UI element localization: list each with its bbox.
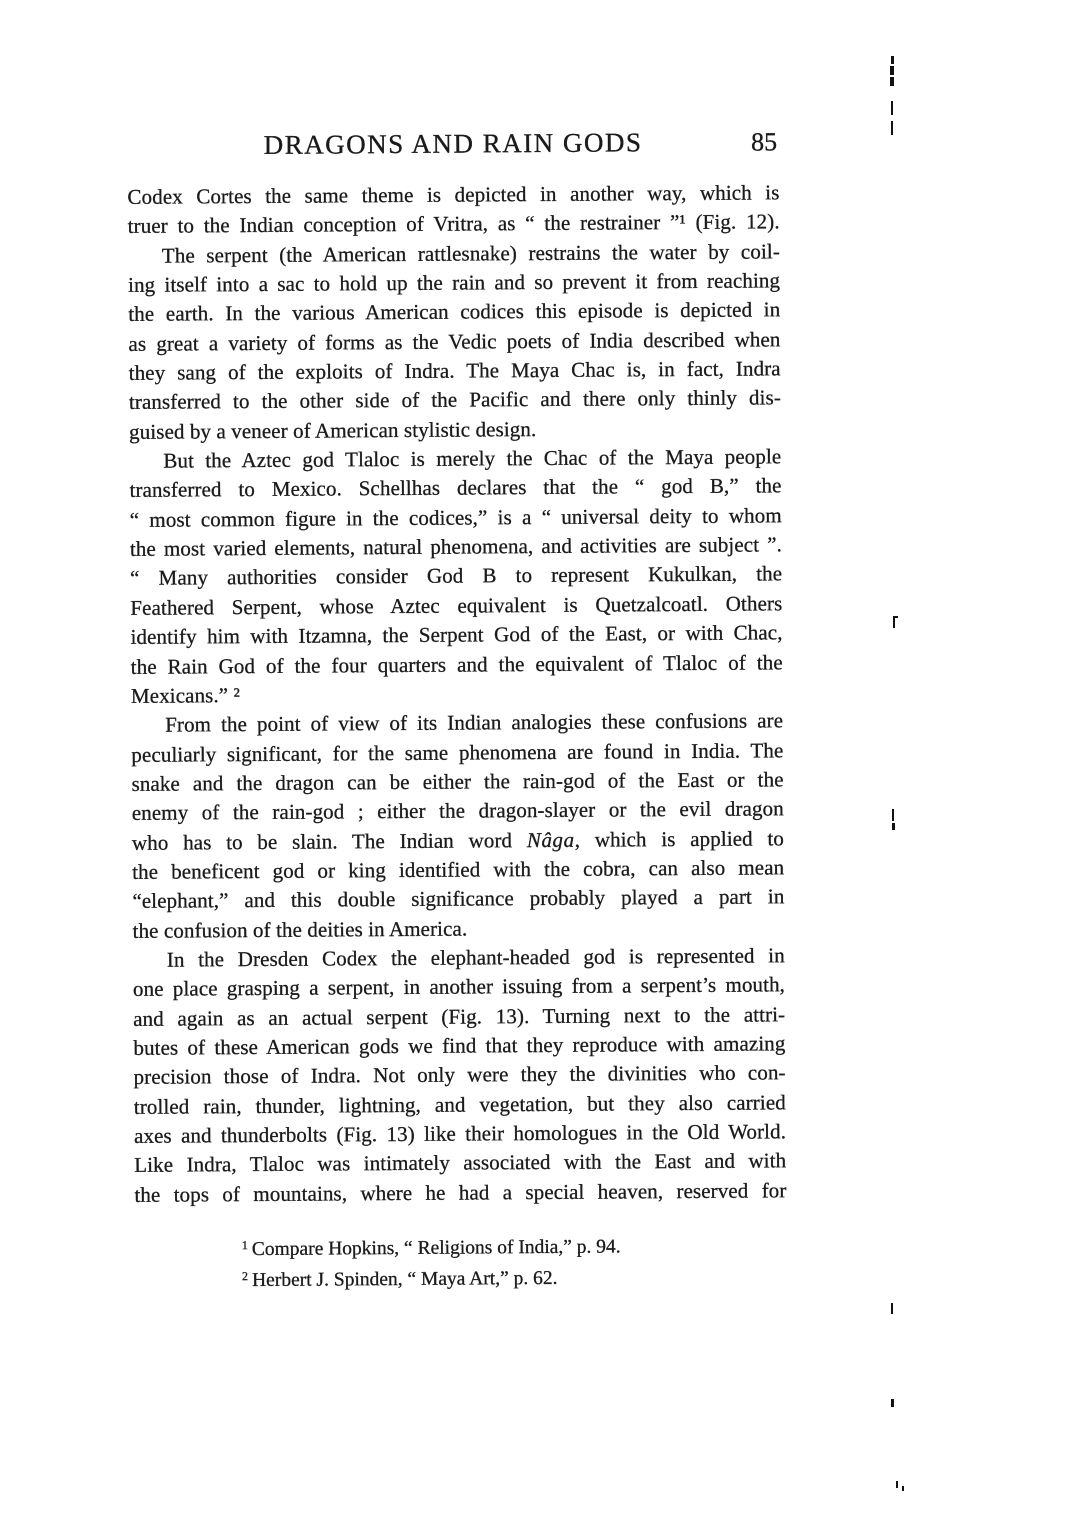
page-content: DRAGONS AND RAIN GODS 85 Codex Cortes th… <box>0 0 1082 1539</box>
text-line: the confusion of the deities in America. <box>133 912 785 946</box>
text-line: trolled rain, thunder, lightning, and ve… <box>134 1088 786 1122</box>
text-line: the most varied elements, natural phenom… <box>130 530 782 564</box>
text-line: Codex Cortes the same theme is depicted … <box>127 178 779 212</box>
text-line: Like Indra, Tlaloc was intimately associ… <box>134 1147 786 1181</box>
scan-speck <box>891 121 893 135</box>
text-line: “ most common figure in the codices,” is… <box>130 501 782 535</box>
text-line: axes and thunderbolts (Fig. 13) like the… <box>134 1117 786 1151</box>
text-line: snake and the dragon can be either the r… <box>131 765 783 799</box>
scan-speck <box>892 809 894 821</box>
scan-speck <box>890 77 894 86</box>
text-line: one place grasping a serpent, in another… <box>133 971 785 1005</box>
scan-speck <box>891 56 894 64</box>
scan-speck <box>893 616 898 618</box>
text-line: the beneficent god or king identified wi… <box>132 853 784 887</box>
text-line: who has to be slain. The Indian word Nâg… <box>132 824 784 858</box>
scan-speck <box>891 101 893 115</box>
scan-speck <box>892 823 895 830</box>
text-line: enemy of the rain-god ; either the drago… <box>132 795 784 829</box>
text-line: identify him with Itzamna, the Serpent G… <box>130 618 782 652</box>
text-line: peculiarly significant, for the same phe… <box>131 736 783 770</box>
text-line: the tops of mountains, where he had a sp… <box>134 1176 786 1210</box>
text-line: transferred to Mexico. Schellhas declare… <box>129 472 781 506</box>
footnote-marker: 1 <box>242 1238 248 1252</box>
footnote: 1Compare Hopkins, “ Religions of India,”… <box>242 1226 787 1261</box>
text-line: as great a variety of forms as the Vedic… <box>128 325 780 359</box>
text-line: Feathered Serpent, whose Aztec equivalen… <box>130 589 782 623</box>
body-text: Codex Cortes the same theme is depicted … <box>127 178 786 1210</box>
text-line: “elephant,” and this double significance… <box>132 883 784 917</box>
text-line: truer to the Indian conception of Vritra… <box>128 208 780 242</box>
text-line: The serpent (the American rattlesnake) r… <box>128 237 780 271</box>
scan-speck <box>902 1486 904 1491</box>
text-line: transferred to the other side of the Pac… <box>129 384 781 418</box>
text-line: But the Aztec god Tlaloc is merely the C… <box>129 442 781 476</box>
scan-speck <box>891 1399 894 1407</box>
text-line: butes of these American gods we find tha… <box>133 1029 785 1063</box>
scan-speck <box>890 66 894 75</box>
text-line: precision those of Indra. Not only were … <box>134 1059 786 1093</box>
text-line: From the point of view of its Indian ana… <box>131 706 783 740</box>
scan-speck <box>891 1303 893 1314</box>
text-line: the Rain God of the four quarters and th… <box>131 648 783 682</box>
page-title: DRAGONS AND RAIN GODS <box>127 126 779 162</box>
page-number: 85 <box>751 127 777 157</box>
text-line: Mexicans.” ² <box>131 677 783 711</box>
footnote-text: Compare Hopkins, “ Religions of India,” … <box>252 1236 621 1260</box>
text-line: the earth. In the various American codic… <box>128 296 780 330</box>
text-line: In the Dresden Codex the elephant-headed… <box>133 941 785 975</box>
footnote-text: Herbert J. Spinden, “ Maya Art,” p. 62. <box>252 1268 558 1291</box>
text-line: “ Many authorities consider God B to rep… <box>130 560 782 594</box>
text-line: guised by a veneer of American stylistic… <box>129 413 781 447</box>
scan-speck <box>896 1481 898 1488</box>
book-page-scan: DRAGONS AND RAIN GODS 85 Codex Cortes th… <box>0 0 1082 1539</box>
text-line: they sang of the exploits of Indra. The … <box>129 354 781 388</box>
text-line: ing itself into a sac to hold up the rai… <box>128 266 780 300</box>
footnote: 2Herbert J. Spinden, “ Maya Art,” p. 62. <box>242 1257 787 1292</box>
text-line: and again as an actual serpent (Fig. 13)… <box>133 1000 785 1034</box>
running-header: DRAGONS AND RAIN GODS 85 <box>127 126 779 165</box>
footnotes: 1Compare Hopkins, “ Religions of India,”… <box>135 1226 787 1293</box>
footnote-marker: 2 <box>242 1269 248 1283</box>
